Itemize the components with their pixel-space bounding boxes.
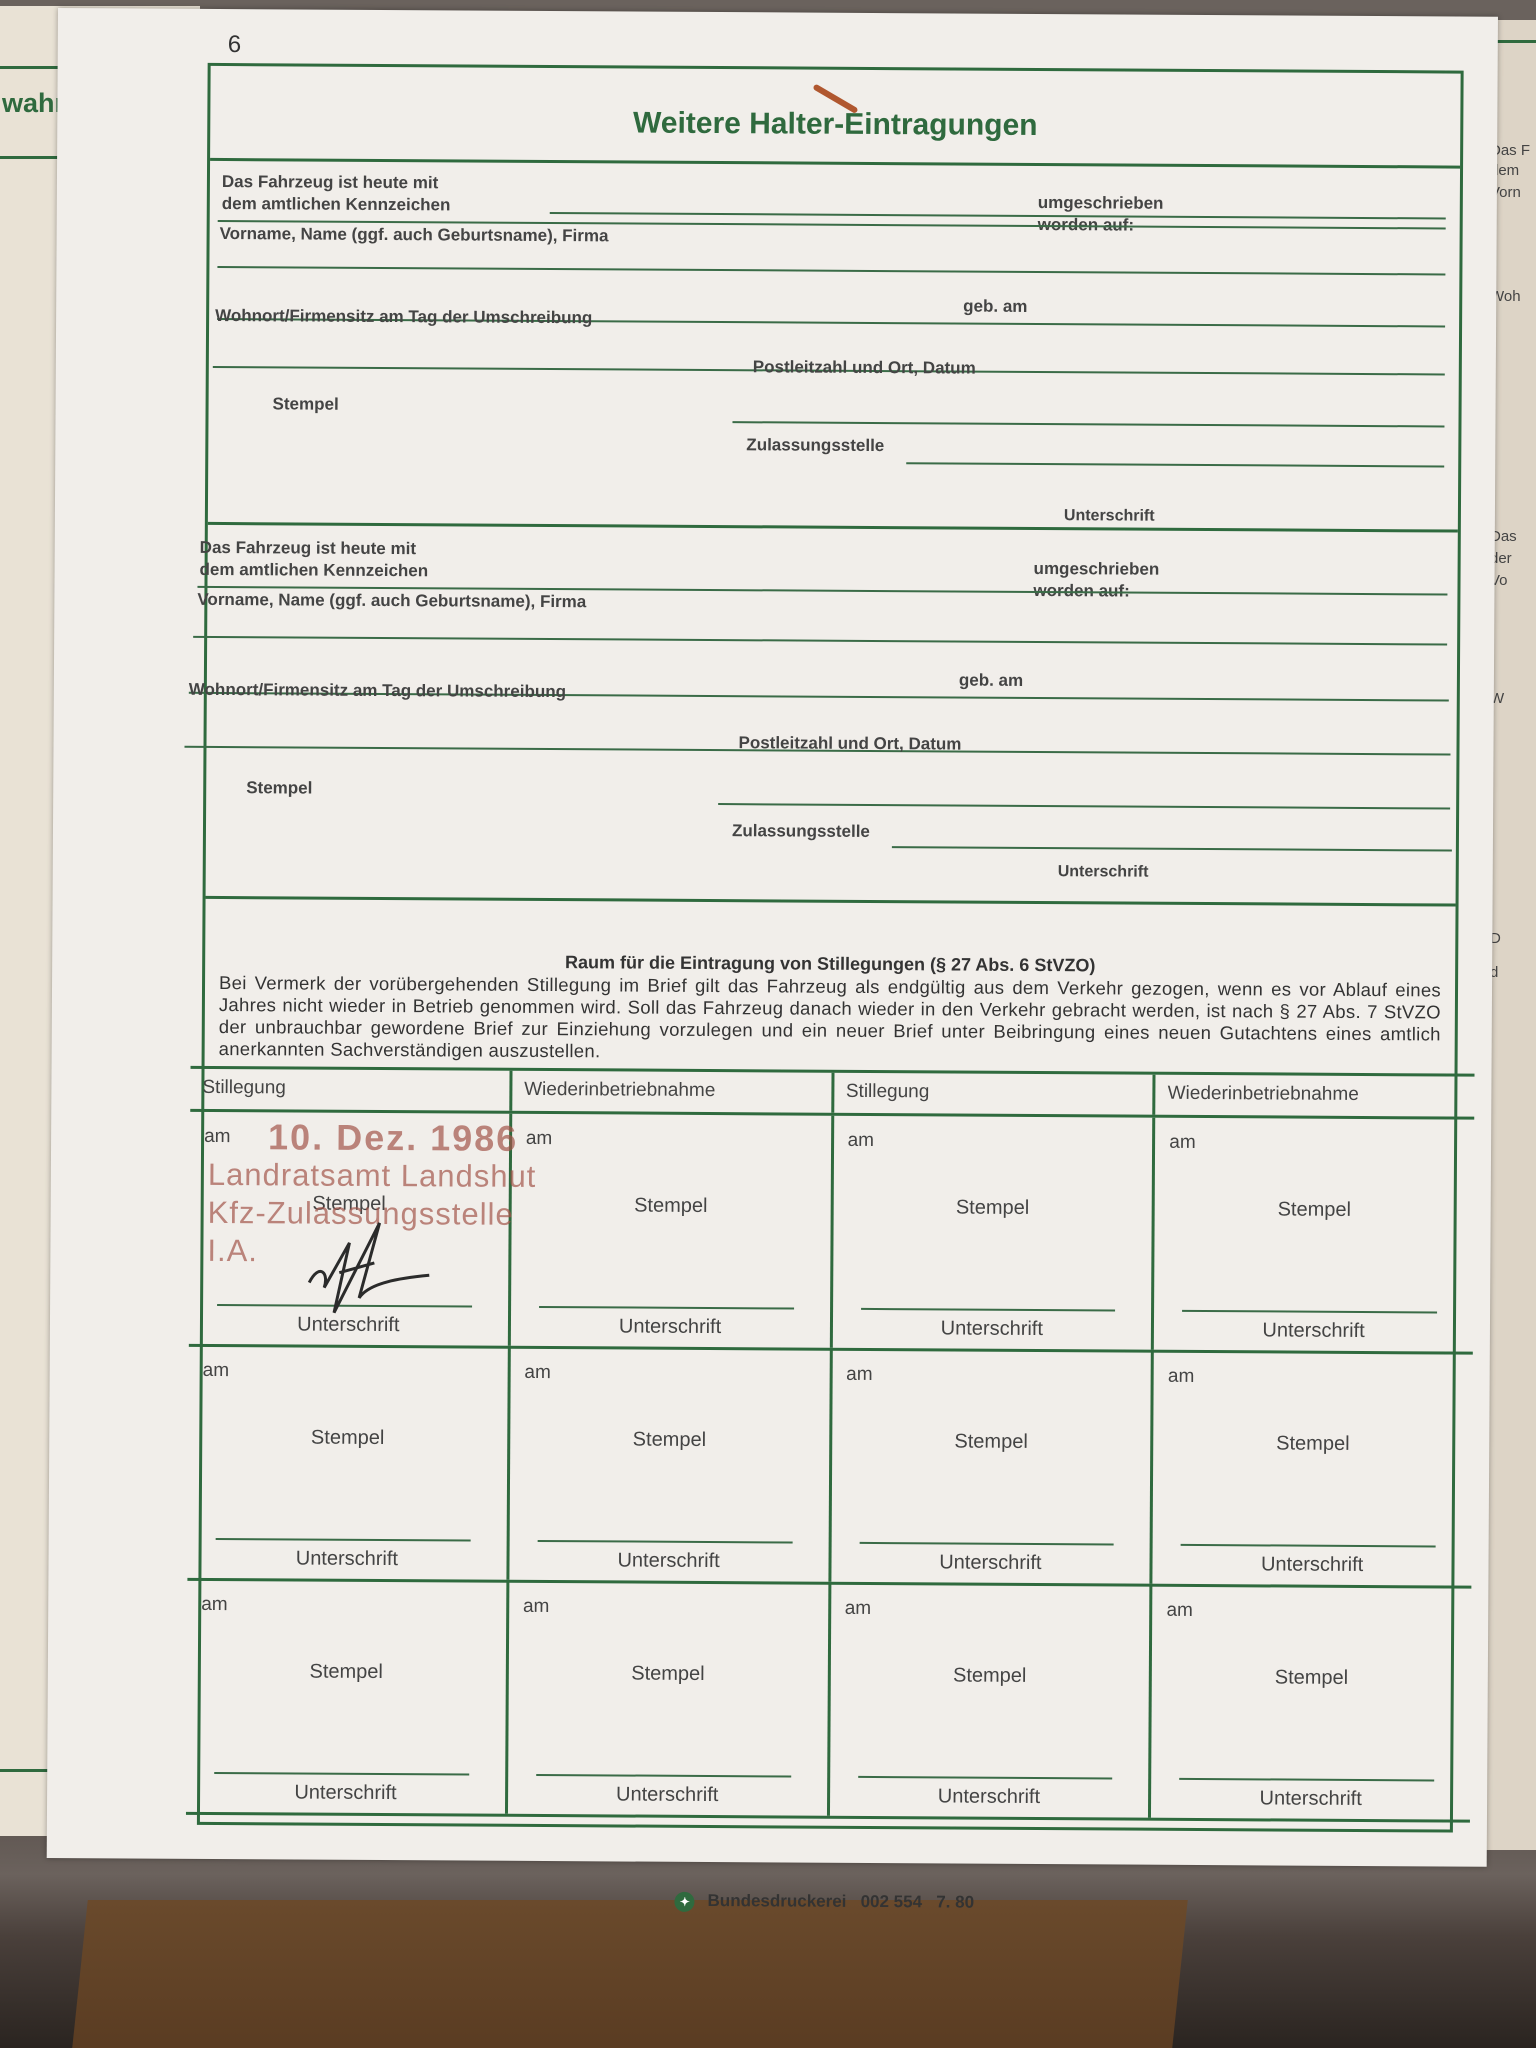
name-label: Vorname, Name (ggf. auch Geburtsname), F… (220, 224, 609, 246)
stamp-label: Stempel (1155, 1198, 1474, 1223)
stamp-date: 10. Dez. 1986 (208, 1118, 537, 1158)
stamp-label: Stempel (511, 1194, 830, 1219)
name-field[interactable] (217, 266, 1445, 276)
owner-form: Weitere Halter-Eintragungen Das Fahrzeug… (197, 63, 1464, 1833)
page-number: 6 (228, 31, 242, 59)
column-header: Stillegung (834, 1073, 1156, 1115)
signature-line[interactable] (537, 1540, 792, 1544)
floor-background (72, 1900, 1188, 2048)
signature-label: Unterschrift (832, 1317, 1151, 1342)
vehicle-intro-label: Das Fahrzeug ist heute mit (200, 538, 416, 559)
date-label: am (848, 1130, 875, 1152)
date-label: am (1169, 1132, 1196, 1154)
signature-label: Unterschrift (831, 1551, 1150, 1576)
stilllegung-cell[interactable]: am Stempel Unterschrift (1154, 1118, 1474, 1352)
signature-label: Unterschrift (830, 1785, 1149, 1810)
plate-label: dem amtlichen Kennzeichen (222, 194, 451, 215)
signature-line[interactable] (214, 1772, 469, 1776)
stilllegung-cell[interactable]: am Stempel Unterschrift (187, 1346, 510, 1580)
handwritten-signature (289, 1202, 450, 1323)
stamp-label: Stempel (833, 1196, 1152, 1221)
vehicle-intro-label: Das Fahrzeug ist heute mit (222, 172, 438, 193)
signature-label: Unterschrift (1058, 863, 1149, 882)
signature-field[interactable] (892, 846, 1452, 851)
date-label: am (1166, 1600, 1193, 1622)
stilllegung-cell[interactable]: am Stempel Unterschrift (508, 1582, 831, 1816)
stilllegung-cell[interactable]: am Stempel Unterschrift (1153, 1352, 1473, 1586)
stamp-label: Stempel (832, 1430, 1151, 1455)
grid-row: am Stempel Unterschrift am Stempel Unter… (186, 1580, 1471, 1823)
umgeschrieben-label: umgeschrieben (1034, 559, 1160, 580)
owner-entry-2: Das Fahrzeug ist heute mit dem amtlichen… (206, 524, 1458, 907)
date-label: am (845, 1598, 872, 1620)
signature-label: Unterschrift (1064, 507, 1155, 526)
signature-line[interactable] (861, 1308, 1116, 1312)
birthdate-label: geb. am (959, 671, 1023, 691)
signature-label: Unterschrift (1154, 1319, 1473, 1344)
stilllegung-cell[interactable]: am Stempel Unterschrift (1151, 1586, 1471, 1820)
date-label: am (1168, 1366, 1195, 1388)
signature-line[interactable] (536, 1774, 791, 1778)
date-label: am (524, 1362, 551, 1384)
stilllegung-cell[interactable]: am Stempel Unterschrift 10. Dez. 1986Lan… (189, 1112, 512, 1346)
signature-label: Unterschrift (508, 1783, 827, 1808)
owner-entry-1: Das Fahrzeug ist heute mit dem amtlichen… (208, 158, 1460, 533)
grid-row: am Stempel Unterschrift 10. Dez. 1986Lan… (189, 1112, 1474, 1355)
signature-line[interactable] (1179, 1778, 1434, 1782)
signature-label: Unterschrift (186, 1781, 505, 1806)
signature-label: Unterschrift (509, 1549, 828, 1574)
stamp-label: Stempel (188, 1426, 507, 1451)
form-number: 002 554 (861, 1892, 923, 1911)
name-field[interactable] (193, 636, 1447, 646)
stilllegung-cell[interactable]: am Stempel Unterschrift (509, 1348, 832, 1582)
signature-line[interactable] (1181, 1544, 1436, 1548)
stilllegung-text: Bei Vermerk der vorübergehenden Stillegu… (219, 972, 1442, 1067)
eagle-logo-icon: ✦ (675, 1891, 695, 1911)
stamp-label: Stempel (510, 1428, 829, 1453)
date-label: am (523, 1596, 550, 1618)
signature-line[interactable] (859, 1542, 1114, 1546)
column-header: Stillegung (190, 1069, 512, 1111)
column-header: Wiederinbetriebnahme (512, 1071, 834, 1113)
birthdate-label: geb. am (963, 297, 1027, 317)
stilllegung-cell[interactable]: am Stempel Unterschrift (831, 1350, 1154, 1584)
signature-label: Unterschrift (511, 1315, 830, 1340)
stamp-label: Stempel (187, 1660, 506, 1685)
residence-label: Wohnort/Firmensitz am Tag der Umschreibu… (215, 306, 592, 328)
form-edition: 7. 80 (936, 1892, 974, 1911)
signature-line[interactable] (216, 1538, 471, 1542)
signature-label: Unterschrift (187, 1547, 506, 1572)
date-label: am (526, 1128, 553, 1150)
stamp-label: Stempel (830, 1664, 1149, 1689)
signature-field[interactable] (906, 462, 1444, 467)
postcode-field[interactable] (718, 803, 1450, 809)
date-label: am (203, 1360, 230, 1382)
stamp-label: Stempel (509, 1662, 828, 1687)
date-label: am (846, 1364, 873, 1386)
residence-label: Wohnort/Firmensitz am Tag der Umschreibu… (189, 680, 566, 702)
printer-name: Bundesdruckerei (708, 1891, 847, 1911)
signature-label: Unterschrift (1153, 1553, 1472, 1578)
grid-row: am Stempel Unterschrift am Stempel Unter… (187, 1346, 1472, 1589)
date-label: am (201, 1594, 228, 1616)
plate-label: dem amtlichen Kennzeichen (200, 560, 429, 581)
stilllegung-cell[interactable]: am Stempel Unterschrift (829, 1584, 1152, 1818)
stilllegung-cell[interactable]: am Stempel Unterschrift (832, 1116, 1155, 1350)
document-page: 6 Weitere Halter-Eintragungen Das Fahrze… (47, 8, 1498, 1867)
stamp-authority: Landratsamt Landshut (208, 1156, 537, 1196)
signature-line[interactable] (1182, 1310, 1437, 1314)
plate-field[interactable] (550, 212, 1446, 219)
signature-line[interactable] (858, 1776, 1113, 1780)
column-header: Wiederinbetriebnahme (1156, 1075, 1475, 1117)
stamp-label: Stempel (273, 394, 339, 414)
stilllegung-grid: Stillegung Wiederinbetriebnahme Stillegu… (186, 1066, 1475, 1823)
postcode-label: Postleitzahl und Ort, Datum (753, 357, 976, 378)
date-label: am (204, 1126, 231, 1148)
registration-office-label: Zulassungsstelle (746, 435, 884, 456)
signature-label: Unterschrift (1151, 1787, 1470, 1812)
stamp-label: Stempel (1152, 1666, 1471, 1691)
stamp-label: Stempel (246, 778, 312, 798)
umgeschrieben-label: umgeschrieben (1038, 193, 1164, 214)
stamp-label: Stempel (1153, 1432, 1472, 1457)
signature-line[interactable] (539, 1306, 794, 1310)
stilllegung-cell[interactable]: am Stempel Unterschrift (186, 1580, 509, 1814)
postcode-label: Postleitzahl und Ort, Datum (738, 733, 961, 754)
stilllegung-cell[interactable]: am Stempel Unterschrift (511, 1114, 834, 1348)
name-label: Vorname, Name (ggf. auch Geburtsname), F… (197, 590, 586, 612)
postcode-field[interactable] (732, 421, 1444, 427)
registration-office-label: Zulassungsstelle (732, 821, 870, 842)
title-row: Weitere Halter-Eintragungen (210, 66, 1461, 169)
